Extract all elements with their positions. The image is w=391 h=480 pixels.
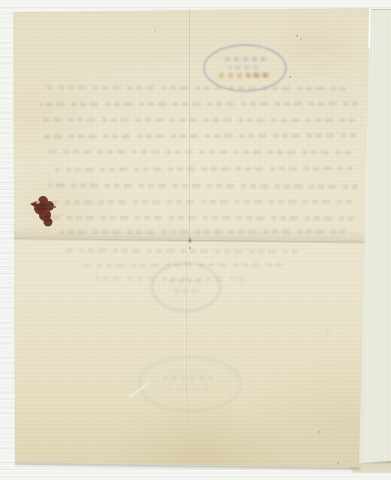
showthrough-text-line: [43, 117, 355, 122]
foxing-speck: [318, 431, 320, 433]
foxing-speck: [37, 146, 38, 147]
foxing-speck: [294, 73, 295, 74]
document-page: [0, 0, 391, 480]
showthrough-text-line: [66, 249, 298, 254]
foxing-speck: [300, 38, 302, 40]
foxing-speck: [62, 214, 63, 215]
stamp-text-trace: [247, 73, 267, 77]
showthrough-text-line: [46, 215, 354, 220]
foxing-speck: [289, 76, 291, 78]
foxing-speck: [54, 206, 56, 208]
stamp-text-trace: [220, 57, 266, 61]
foxing-speck: [337, 462, 339, 464]
stamp-text-trace: [168, 387, 208, 391]
showthrough-text-line: [40, 101, 358, 106]
document-scan-canvas: [0, 0, 391, 480]
showthrough-text-line: [55, 166, 353, 171]
wax-stain: [28, 194, 62, 232]
foxing-speck: [345, 57, 346, 58]
foxing-speck: [251, 441, 252, 442]
showthrough-text-line: [48, 183, 358, 189]
foxing-speck: [154, 30, 156, 32]
stamp-text-trace: [163, 375, 213, 380]
showthrough-text-line: [46, 85, 346, 91]
foxing-speck: [255, 210, 256, 211]
foxing-speck: [296, 35, 298, 37]
stamp-text-trace: [167, 279, 201, 283]
fold-intersection-mark: [188, 237, 192, 244]
foxing-speck: [172, 250, 173, 251]
vertical-fold-crease-upper: [189, 8, 191, 239]
showthrough-text-line: [45, 149, 351, 154]
stamp-showthrough-oval: [138, 356, 242, 412]
stamp-text-trace: [171, 289, 197, 293]
foxing-speck: [189, 247, 191, 249]
vertical-fold-crease-lower: [186, 242, 188, 467]
foxing-speck: [327, 330, 329, 332]
showthrough-text-line: [40, 133, 356, 139]
showthrough-text-line: [50, 199, 352, 204]
stamp-text-trace: [228, 66, 258, 69]
foxing-speck: [293, 39, 294, 40]
foxing-speck: [125, 455, 126, 456]
